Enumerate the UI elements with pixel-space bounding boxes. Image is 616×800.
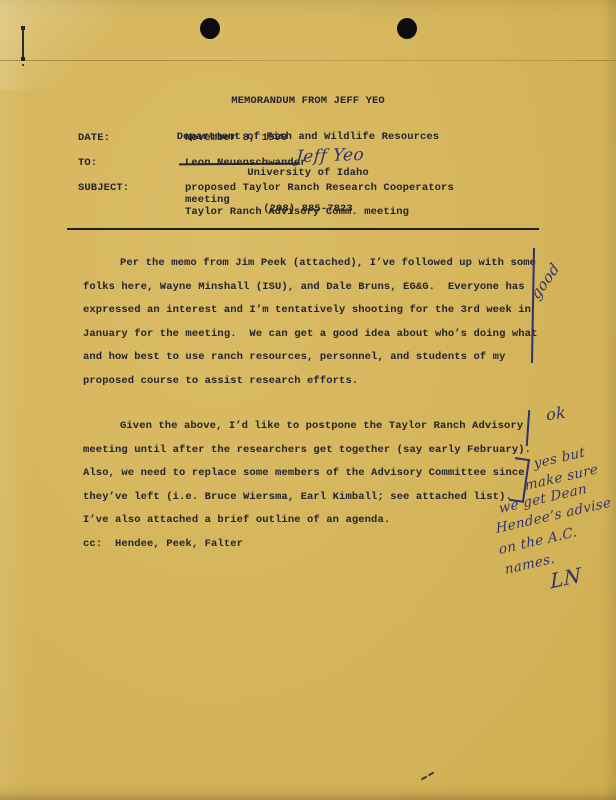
para1-line-6: proposed course to assist research effor… (83, 370, 553, 394)
para2-line-1: Given the above, I’d like to postpone th… (83, 415, 553, 439)
subject-line-3: Taylor Ranch Advisory Comm. meeting (185, 206, 454, 218)
body-paragraph-2: Given the above, I’d like to postpone th… (83, 415, 553, 556)
para1-line-2: folks here, Wayne Minshall (ISU), and Da… (83, 276, 553, 300)
subject-line-1: proposed Taylor Ranch Research Cooperato… (185, 182, 454, 194)
paper-crease-line (0, 60, 616, 61)
para2-line-3: Also, we need to replace some members of… (83, 462, 553, 486)
pen-tick-dot (22, 64, 24, 66)
subject-line-2: meeting (185, 194, 454, 206)
para2-line-5: I’ve also attached a brief outline of an… (83, 509, 553, 533)
pen-tick-bar (22, 27, 24, 60)
handwritten-recipient-name: Jeff Yeo (295, 145, 364, 167)
date-label: DATE: (78, 132, 110, 144)
para1-line-1: Per the memo from Jim Peek (attached), I… (83, 252, 553, 276)
scanned-memo-page: MEMORANDUM FROM JEFF YEO Department of F… (0, 0, 616, 800)
stray-pen-mark (421, 772, 435, 782)
hole-punch-dot-right (397, 18, 417, 39)
cc-line: cc: Hendee, Peek, Falter (83, 533, 553, 557)
para1-line-4: January for the meeting. We can get a go… (83, 323, 553, 347)
margin-pen-tick-mark (21, 27, 25, 63)
subject-label: SUBJECT: (78, 182, 129, 194)
header-divider-rule (67, 228, 539, 230)
stray-pen-stroke-2 (428, 772, 434, 776)
pen-tick-bottom (21, 57, 25, 61)
handwritten-comment-ok: ok (545, 403, 566, 425)
to-label: TO: (78, 157, 97, 169)
para2-line-2: meeting until after the researchers get … (83, 439, 553, 463)
para1-line-3: expressed an interest and I’m tentativel… (83, 299, 553, 323)
para2-line-4: they’ve left (i.e. Bruce Wiersma, Earl K… (83, 486, 553, 510)
hole-punch-dot-left (200, 18, 220, 39)
para1-line-5: and how best to use ranch resources, per… (83, 346, 553, 370)
subject-value: proposed Taylor Ranch Research Cooperato… (185, 182, 454, 218)
stray-pen-stroke-1 (421, 776, 427, 780)
body-paragraph-1: Per the memo from Jim Peek (attached), I… (83, 252, 553, 393)
letterhead-title: MEMORANDUM FROM JEFF YEO (0, 95, 616, 107)
date-value: November 8, 1990 (185, 132, 287, 144)
